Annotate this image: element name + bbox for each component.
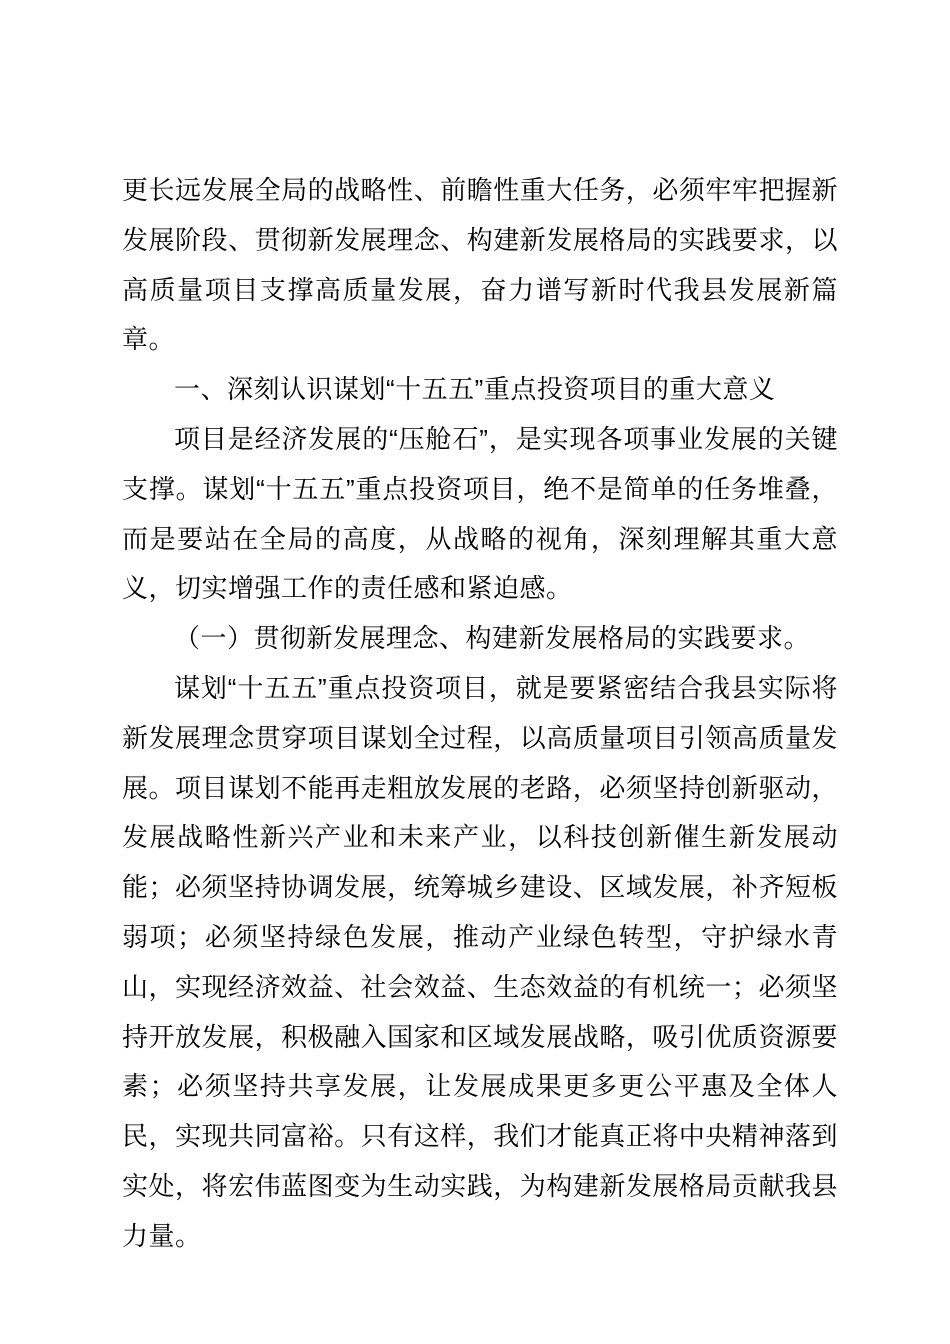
paragraph-continuation: 更长远发展全局的战略性、前瞻性重大任务，必须牢牢把握新发展阶段、贯彻新发展理念、…	[122, 166, 838, 365]
document-text: 更长远发展全局的战略性、前瞻性重大任务，必须牢牢把握新发展阶段、贯彻新发展理念、…	[122, 166, 838, 1262]
subsection-heading-1-1: （一）贯彻新发展理念、构建新发展格局的实践要求。	[122, 614, 838, 664]
body-paragraph-2: 谋划“十五五”重点投资项目，就是要紧密结合我县实际将新发展理念贯穿项目谋划全过程…	[122, 664, 838, 1262]
document-page: 更长远发展全局的战略性、前瞻性重大任务，必须牢牢把握新发展阶段、贯彻新发展理念、…	[0, 0, 950, 1344]
body-paragraph-1: 项目是经济发展的“压舱石”，是实现各项事业发展的关键支撑。谋划“十五五”重点投资…	[122, 415, 838, 614]
section-heading-1: 一、深刻认识谋划“十五五”重点投资项目的重大意义	[122, 365, 838, 415]
